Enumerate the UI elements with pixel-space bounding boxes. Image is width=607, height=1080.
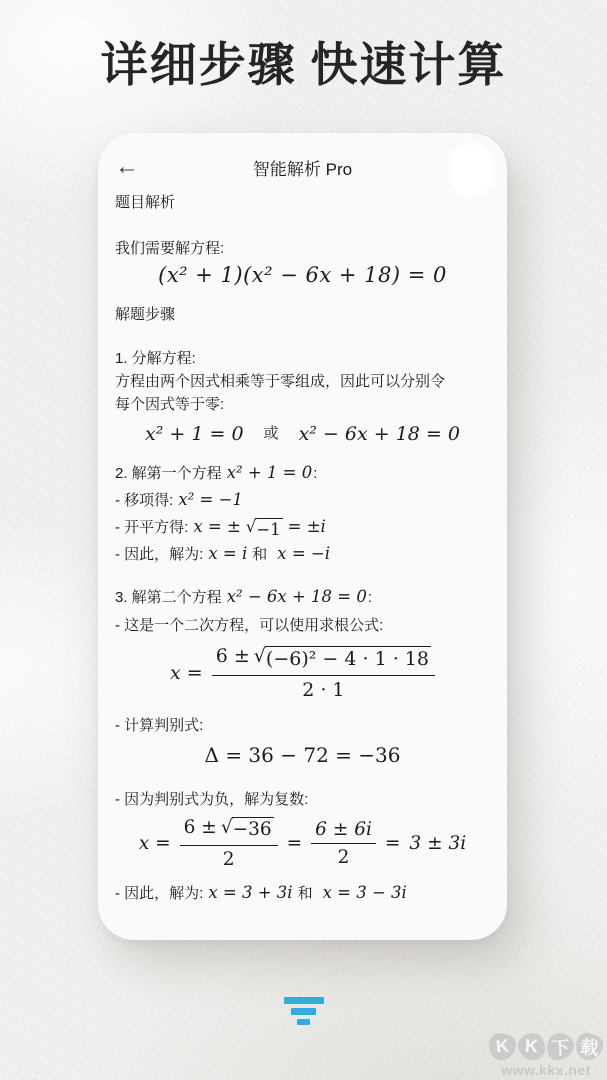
watermark-url: www.kkx.net	[489, 1062, 603, 1078]
formula-denominator: 2 · 1	[212, 675, 435, 701]
step2-line1-label: - 移项得:	[115, 492, 173, 509]
step1-heading: 1. 分解方程:	[115, 348, 490, 370]
logo-bar-middle	[291, 1008, 316, 1015]
card-header: ← 智能解析 Pro	[115, 133, 490, 187]
discriminant-equation: Δ = 36 − 72 = −36	[115, 741, 490, 769]
formula-lhs: x =	[170, 662, 203, 684]
formula-numerator: 6 ±(−6)² − 4 · 1 · 18	[212, 645, 435, 675]
complex-fraction2: 6 ± 6i 2	[311, 819, 376, 868]
step1-equation-left: x² + 1 = 0	[145, 420, 244, 448]
step3-heading-colon: :	[368, 589, 372, 606]
card-title: 智能解析 Pro	[115, 155, 490, 180]
final-solution-line: - 因此，解为:x = 3 + 3i和x = 3 − 3i	[115, 880, 490, 907]
watermark-stamp-char: K	[488, 1032, 517, 1061]
complex-result: 3 ± 3i	[409, 833, 466, 854]
final-label: - 因此，解为:	[115, 885, 203, 902]
step3-heading-text: 3. 解第二个方程	[115, 589, 222, 606]
complex-fraction2-numerator: 6 ± 6i	[311, 819, 376, 843]
and-word: 和	[298, 885, 313, 902]
and-word: 和	[252, 546, 267, 563]
step2-line2-label: - 开平方得:	[115, 519, 188, 536]
complex-label: - 因为判别式为负，解为复数:	[115, 787, 490, 813]
step2-line2: - 开平方得:x = ±−1= ±i	[115, 514, 490, 541]
equals-sign: =	[385, 833, 401, 854]
watermark-stamp-char: 下	[546, 1032, 574, 1060]
formula-fraction: 6 ±(−6)² − 4 · 1 · 18 2 · 1	[212, 645, 435, 701]
step1-equation-right: x² − 6x + 18 = 0	[299, 420, 460, 448]
complex-solution-equation: x = 6 ±−36 2 = 6 ± 6i 2 = 3 ± 3i	[115, 815, 490, 871]
step2-line2-math-post: = ±i	[288, 517, 326, 536]
final-solution2: x = 3 − 3i	[323, 883, 407, 902]
final-solution1: x = 3 + 3i	[208, 883, 292, 902]
step2-heading-text: 2. 解第一个方程	[115, 465, 222, 482]
step1-body: 方程由两个因式相乘等于零组成，因此可以分别令每个因式等于零:	[115, 370, 455, 416]
main-equation: (x² + 1)(x² − 6x + 18) = 0	[115, 260, 490, 290]
section-steps-label: 解题步骤	[115, 305, 490, 325]
step2-solution2: x = −i	[277, 544, 330, 563]
sqrt-radicand: −1	[255, 518, 282, 540]
step2-solution1: x = i	[208, 544, 247, 563]
screen: 详细步骤 快速计算 ← 智能解析 Pro 题目解析 我们需要解方程: (x² +…	[0, 0, 607, 1080]
watermark-stamp-char: 载	[575, 1032, 604, 1061]
step2-heading-colon: :	[313, 465, 317, 482]
step2-line2-math-pre: x = ±	[193, 517, 240, 536]
logo-bar-bottom	[297, 1019, 310, 1025]
intro-text: 我们需要解方程:	[115, 238, 490, 260]
app-logo-funnel-icon	[284, 997, 324, 1025]
step2-heading: 2. 解第一个方程x² + 1 = 0:	[115, 460, 490, 487]
complex-fraction2-denominator: 2	[311, 843, 376, 868]
quadratic-formula: x = 6 ±(−6)² − 4 · 1 · 18 2 · 1	[115, 643, 490, 703]
step3-heading: 3. 解第二个方程x² − 6x + 18 = 0:	[115, 584, 490, 611]
formula-num-pre: 6 ±	[216, 645, 250, 667]
watermark-stamps: K K 下 载	[489, 1033, 603, 1060]
step2-line3: - 因此，解为:x = i和x = −i	[115, 541, 490, 568]
sqrt-radical: −36	[221, 817, 274, 842]
logo-bar-top	[284, 997, 324, 1004]
complex-fraction1-numerator: 6 ±−36	[180, 816, 278, 845]
or-word: 或	[264, 420, 279, 448]
hero-title: 详细步骤 快速计算	[0, 28, 607, 95]
equals-sign: =	[287, 833, 303, 854]
watermark-stamp-char: K	[517, 1032, 546, 1061]
complex-fraction1: 6 ±−36 2	[180, 816, 278, 870]
step2-line1-math: x² = −1	[178, 490, 243, 509]
complex-fraction1-denominator: 2	[180, 845, 278, 870]
step2-line1: - 移项得:x² = −1	[115, 487, 490, 514]
sqrt-radicand: (−6)² − 4 · 1 · 18	[265, 646, 431, 672]
sqrt-radical: −1	[246, 518, 283, 540]
watermark: K K 下 载 www.kkx.net	[489, 1033, 603, 1078]
sqrt-radicand: −36	[232, 817, 274, 842]
step3-heading-math: x² − 6x + 18 = 0	[227, 587, 367, 606]
step2-heading-math: x² + 1 = 0	[227, 463, 313, 482]
analysis-card: ← 智能解析 Pro 题目解析 我们需要解方程: (x² + 1)(x² − 6…	[98, 133, 507, 940]
back-arrow-icon[interactable]: ←	[115, 155, 149, 179]
frac1-num-pre: 6 ±	[184, 817, 217, 838]
step1-equations: x² + 1 = 0 或 x² − 6x + 18 = 0	[115, 420, 490, 448]
step2-line3-label: - 因此，解为:	[115, 546, 203, 563]
sqrt-radical: (−6)² − 4 · 1 · 18	[254, 646, 431, 672]
discriminant-label: - 计算判别式:	[115, 713, 490, 739]
section-problem-label: 题目解析	[115, 193, 490, 213]
complex-lhs: x =	[139, 833, 171, 854]
step3-line1: - 这是一个二次方程，可以使用求根公式:	[115, 613, 490, 639]
